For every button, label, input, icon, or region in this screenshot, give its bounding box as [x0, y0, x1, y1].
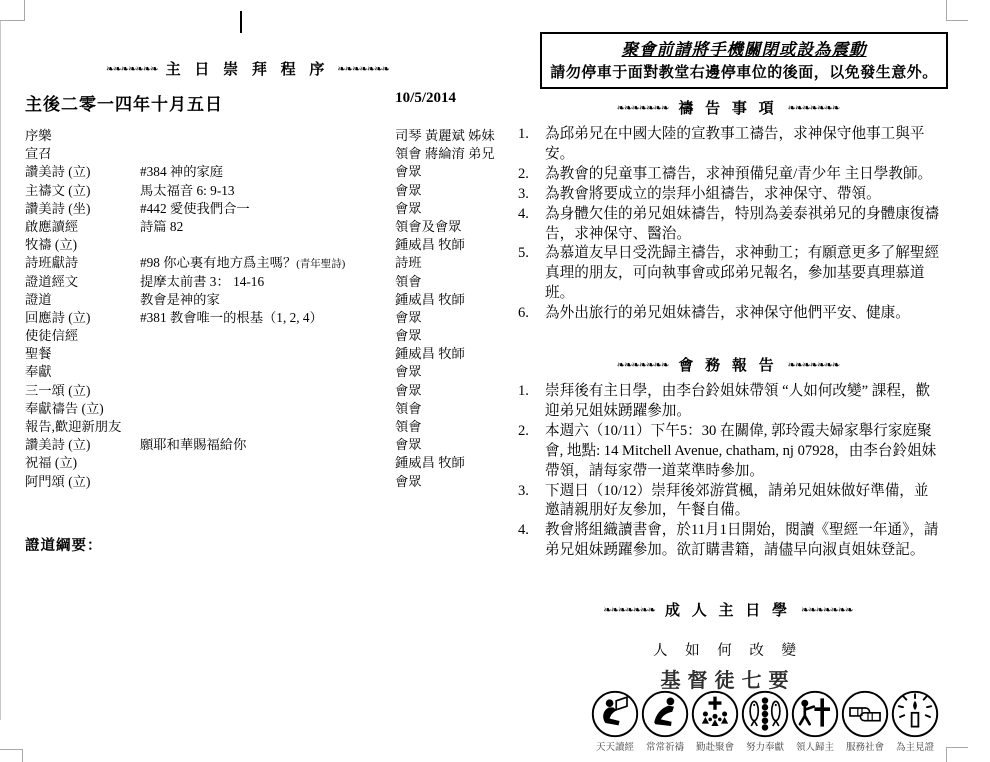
vine-ornament-icon: ❧❧❧❧❧❧❧	[617, 103, 669, 114]
icon-label: 努力奉獻	[741, 739, 789, 753]
program-row: 序樂司琴 黃麗斌 姊妹	[25, 127, 480, 145]
date-numeric: 10/5/2014	[395, 90, 456, 115]
program-detail-note: (青年聖詩)	[296, 259, 345, 270]
notice-line-phones: 聚會前請將手機關閉或設為震動	[544, 36, 944, 60]
program-row: 讚美詩 (立)#384 神的家庭會眾	[25, 163, 480, 181]
program-row: 證道教會是神的家鍾威昌 牧師	[25, 291, 480, 309]
program-row: 報告,歡迎新朋友領會	[25, 418, 480, 436]
program-item: 證道經文	[25, 273, 140, 291]
program-person: 司琴 黃麗斌 姊妹	[395, 127, 495, 145]
program-item: 啟應讀經	[25, 218, 140, 236]
list-text: 下週日（10/12）崇拜後郊游賞楓，請弟兄姐妹做好準備，並邀請親朋好友參加，午餐…	[545, 482, 942, 522]
icon-label: 天天讀經	[591, 739, 639, 753]
program-person: 領會	[395, 400, 480, 418]
vine-ornament-icon: ❧❧❧❧❧❧❧	[603, 605, 655, 616]
program-person: 鍾威昌 牧師	[395, 236, 480, 254]
program-row: 讚美詩 (坐)#442 愛使我們合一會眾	[25, 200, 480, 218]
list-number: 2.	[518, 422, 545, 482]
program-row: 證道經文提摩太前書 3： 14-16領會	[25, 273, 480, 291]
program-row: 聖餐鍾威昌 牧師	[25, 345, 480, 363]
prayer-item: 5.為慕道友早日受洗歸主禱告，求神動工；有願意更多了解聖經真理的朋友，可向執事會…	[518, 244, 942, 304]
program-item: 三一頌 (立)	[25, 382, 140, 400]
prayer-icon	[641, 690, 689, 738]
program-item: 詩班獻詩	[25, 254, 140, 272]
program-item: 序樂	[25, 127, 140, 145]
program-row: 祝福 (立)鍾威昌 牧師	[25, 454, 480, 472]
program-row: 讚美詩 (立)願耶和華賜福給你會眾	[25, 436, 480, 454]
sermon-outline-label: 證道綱要：	[25, 534, 103, 555]
meeting-icon-cell: 勤赴聚會	[691, 690, 739, 753]
program-detail: 馬太福音 6: 9-13	[140, 182, 395, 200]
program-item: 讚美詩 (立)	[25, 436, 140, 454]
meeting-icon	[691, 690, 739, 738]
program-item: 讚美詩 (立)	[25, 163, 140, 181]
program-person: 會眾	[395, 382, 480, 400]
evangelism-icon-cell: 領人歸主	[791, 690, 839, 753]
notice-line-parking: 請勿停車于面對教堂右邊停車位的後面，以免發生意外。	[544, 61, 944, 82]
announcements-section-title: 會 務 報 告	[678, 358, 777, 374]
bulletin-page: ❧❧❧❧❧❧❧主 日 崇 拜 程 序❧❧❧❧❧❧❧ 主後二零一四年十月五日 10…	[0, 0, 990, 762]
program-person: 會眾	[395, 182, 480, 200]
offering-icon	[741, 690, 789, 738]
icon-label: 為主見證	[891, 739, 939, 753]
list-number: 4.	[518, 205, 545, 245]
program-table: 序樂司琴 黃麗斌 姊妹宣召領會 蔣綸淯 弟兄讚美詩 (立)#384 神的家庭會眾…	[25, 127, 480, 491]
vine-ornament-icon: ❧❧❧❧❧❧❧	[617, 360, 669, 371]
vine-ornament-icon: ❧❧❧❧❧❧❧	[337, 64, 389, 75]
program-detail: 願耶和華賜福給你	[140, 436, 395, 454]
program-person: 會眾	[395, 363, 480, 381]
program-detail	[140, 400, 395, 418]
list-number: 6.	[518, 304, 545, 324]
icon-label: 常常祈禱	[641, 739, 689, 753]
prayer-item: 2.為教會的兒童事工禱告，求神預備兒童/青少年 主日學教師。	[518, 165, 942, 185]
program-detail	[140, 127, 395, 145]
program-item: 報告,歡迎新朋友	[25, 418, 140, 436]
reading-icon	[591, 690, 639, 738]
notice-box: 聚會前請將手機關閉或設為震動 請勿停車于面對教堂右邊停車位的後面，以免發生意外。	[540, 32, 948, 89]
program-person: 鍾威昌 牧師	[395, 345, 480, 363]
list-text: 為慕道友早日受洗歸主禱告，求神動工；有願意更多了解聖經真理的朋友，可向執事會或邱…	[545, 244, 942, 304]
vine-ornament-icon: ❧❧❧❧❧❧❧	[106, 64, 158, 75]
program-person: 會眾	[395, 200, 480, 218]
vine-ornament-icon: ❧❧❧❧❧❧❧	[801, 605, 853, 616]
program-row: 宣召領會 蔣綸淯 弟兄	[25, 145, 480, 163]
program-item: 奉獻禱告 (立)	[25, 400, 140, 418]
evangelism-icon	[791, 690, 839, 738]
date-line: 主後二零一四年十月五日 10/5/2014	[25, 90, 470, 115]
sunday-school-title: 成 人 主 日 學	[665, 603, 791, 619]
program-row: 奉獻禱告 (立)領會	[25, 400, 480, 418]
crop-mark-bottom-left	[0, 749, 23, 762]
service-icon	[841, 690, 889, 738]
announcement-item: 2.本週六（10/11）下午5：30 在關偉, 郭玲霞夫婦家舉行家庭聚會, 地點…	[518, 422, 942, 482]
list-number: 2.	[518, 165, 545, 185]
witness-icon	[891, 690, 939, 738]
program-detail: #442 愛使我們合一	[140, 200, 395, 218]
program-detail	[140, 345, 395, 363]
announcement-list: 1.崇拜後有主日學，由李台鈴姐妹帶領 “人如何改變” 課程，歡迎弟兄姐妹踴躍參加…	[518, 382, 942, 561]
program-item: 聖餐	[25, 345, 140, 363]
vine-ornament-icon: ❧❧❧❧❧❧❧	[788, 360, 840, 371]
announcement-item: 4.教會將組織讀書會，於11月1日開始，閱讀《聖經一年通》，請弟兄姐妹踴躍參加。…	[518, 521, 942, 561]
program-item: 讚美詩 (坐)	[25, 200, 140, 218]
program-detail: 詩篇 82	[140, 218, 395, 236]
text-boundary-line	[0, 20, 1, 720]
icon-label: 領人歸主	[791, 739, 839, 753]
vine-ornament-icon: ❧❧❧❧❧❧❧	[788, 103, 840, 114]
crop-mark-top-right	[946, 0, 968, 21]
program-detail	[140, 327, 395, 345]
list-number: 1.	[518, 382, 545, 422]
program-item: 祝福 (立)	[25, 454, 140, 472]
program-row: 牧禱 (立)鍾威昌 牧師	[25, 236, 480, 254]
program-person: 領會及會眾	[395, 218, 480, 236]
program-row: 啟應讀經詩篇 82領會及會眾	[25, 218, 480, 236]
list-number: 1.	[518, 125, 545, 165]
list-text: 為教會的兒童事工禱告，求神預備兒童/青少年 主日學教師。	[545, 165, 942, 185]
list-text: 教會將組織讀書會，於11月1日開始，閱讀《聖經一年通》，請弟兄姐妹踴躍參加。欲訂…	[545, 521, 942, 561]
program-person: 領會	[395, 418, 480, 436]
program-item: 主禱文 (立)	[25, 182, 140, 200]
worship-order-title: 主 日 崇 拜 程 序	[166, 62, 330, 78]
prayer-item: 4.為身體欠佳的弟兄姐妹禱告，特別為姜泰祺弟兄的身體康復禱告，求神保守、醫治。	[518, 205, 942, 245]
program-person: 會眾	[395, 163, 480, 181]
program-detail	[140, 473, 395, 491]
program-person: 會眾	[395, 473, 480, 491]
program-item: 宣召	[25, 145, 140, 163]
list-text: 本週六（10/11）下午5：30 在關偉, 郭玲霞夫婦家舉行家庭聚會, 地點: …	[545, 422, 942, 482]
date-chinese: 主後二零一四年十月五日	[25, 90, 223, 115]
program-detail: 教會是神的家	[140, 291, 395, 309]
program-row: 回應詩 (立)#381 教會唯一的根基（1, 2, 4）會眾	[25, 309, 480, 327]
service-icon-cell: 服務社會	[841, 690, 889, 753]
program-row: 三一頌 (立)會眾	[25, 382, 480, 400]
prayer-section-heading: ❧❧❧❧❧❧❧禱 告 事 項❧❧❧❧❧❧❧	[510, 97, 946, 118]
announcement-item: 3.下週日（10/12）崇拜後郊游賞楓，請弟兄姐妹做好準備，並邀請親朋好友參加，…	[518, 482, 942, 522]
offering-icon-cell: 努力奉獻	[741, 690, 789, 753]
announcement-item: 1.崇拜後有主日學，由李台鈴姐妹帶領 “人如何改變” 課程，歡迎弟兄姐妹踴躍參加…	[518, 382, 942, 422]
prayer-section-title: 禱 告 事 項	[678, 101, 777, 117]
program-item: 使徒信經	[25, 327, 140, 345]
text-cursor	[240, 11, 242, 33]
announcements-section-heading: ❧❧❧❧❧❧❧會 務 報 告❧❧❧❧❧❧❧	[510, 354, 946, 375]
prayer-item: 1.為邱弟兄在中國大陸的宣教事工禱告，求神保守他事工與平安。	[518, 125, 942, 165]
list-text: 為教會將要成立的崇拜小組禱告，求神保守、帶領。	[545, 185, 942, 205]
icon-label: 服務社會	[841, 739, 889, 753]
program-person: 詩班	[395, 254, 480, 272]
program-row: 阿門頌 (立)會眾	[25, 473, 480, 491]
program-item: 回應詩 (立)	[25, 309, 140, 327]
reading-icon-cell: 天天讀經	[591, 690, 639, 753]
seven-essentials-title: 基督徒七要	[510, 664, 946, 693]
list-text: 為身體欠佳的弟兄姐妹禱告，特別為姜泰祺弟兄的身體康復禱告，求神保守、醫治。	[545, 205, 942, 245]
prayer-list: 1.為邱弟兄在中國大陸的宣教事工禱告，求神保守他事工與平安。2.為教會的兒童事工…	[518, 125, 942, 324]
program-detail: #384 神的家庭	[140, 163, 395, 181]
list-text: 為邱弟兄在中國大陸的宣教事工禱告，求神保守他事工與平安。	[545, 125, 942, 165]
program-person: 領會 蔣綸淯 弟兄	[395, 145, 495, 163]
program-detail	[140, 418, 395, 436]
program-person: 鍾威昌 牧師	[395, 454, 480, 472]
crop-mark-bottom-right	[946, 747, 968, 762]
program-detail: #381 教會唯一的根基（1, 2, 4）	[140, 309, 395, 327]
program-row: 使徒信經會眾	[25, 327, 480, 345]
list-number: 5.	[518, 244, 545, 304]
program-person: 會眾	[395, 436, 480, 454]
list-text: 為外出旅行的弟兄姐妹禱告，求神保守他們平安、健康。	[545, 304, 942, 324]
program-detail: #98 你心裏有地方爲主嗎？(青年聖詩)	[140, 254, 395, 272]
program-detail	[140, 454, 395, 472]
program-detail	[140, 363, 395, 381]
crop-mark-top-left	[0, 0, 25, 21]
program-person: 會眾	[395, 327, 480, 345]
program-detail	[140, 145, 395, 163]
course-name: 人 如 何 改 變	[510, 639, 946, 660]
program-item: 阿門頌 (立)	[25, 473, 140, 491]
program-person: 鍾威昌 牧師	[395, 291, 480, 309]
program-item: 奉獻	[25, 363, 140, 381]
program-detail: 提摩太前書 3： 14-16	[140, 273, 395, 291]
sunday-school-section-heading: ❧❧❧❧❧❧❧成 人 主 日 學❧❧❧❧❧❧❧	[510, 599, 946, 620]
witness-icon-cell: 為主見證	[891, 690, 939, 753]
prayer-icon-cell: 常常祈禱	[641, 690, 689, 753]
list-number: 3.	[518, 185, 545, 205]
program-person: 會眾	[395, 309, 480, 327]
program-row: 詩班獻詩#98 你心裏有地方爲主嗎？(青年聖詩)詩班	[25, 254, 480, 272]
program-detail	[140, 236, 395, 254]
program-item: 牧禱 (立)	[25, 236, 140, 254]
list-text: 崇拜後有主日學，由李台鈴姐妹帶領 “人如何改變” 課程，歡迎弟兄姐妹踴躍參加。	[545, 382, 942, 422]
prayer-item: 3.為教會將要成立的崇拜小組禱告，求神保守、帶領。	[518, 185, 942, 205]
program-row: 奉獻會眾	[25, 363, 480, 381]
program-person: 領會	[395, 273, 480, 291]
seven-essentials-icons: 天天讀經常常祈禱勤赴聚會努力奉獻領人歸主服務社會為主見證	[591, 690, 939, 753]
list-number: 3.	[518, 482, 545, 522]
program-item: 證道	[25, 291, 140, 309]
icon-label: 勤赴聚會	[691, 739, 739, 753]
program-detail	[140, 382, 395, 400]
worship-order-heading: ❧❧❧❧❧❧❧主 日 崇 拜 程 序❧❧❧❧❧❧❧	[25, 58, 470, 79]
list-number: 4.	[518, 521, 545, 561]
prayer-item: 6.為外出旅行的弟兄姐妹禱告，求神保守他們平安、健康。	[518, 304, 942, 324]
program-row: 主禱文 (立)馬太福音 6: 9-13會眾	[25, 182, 480, 200]
